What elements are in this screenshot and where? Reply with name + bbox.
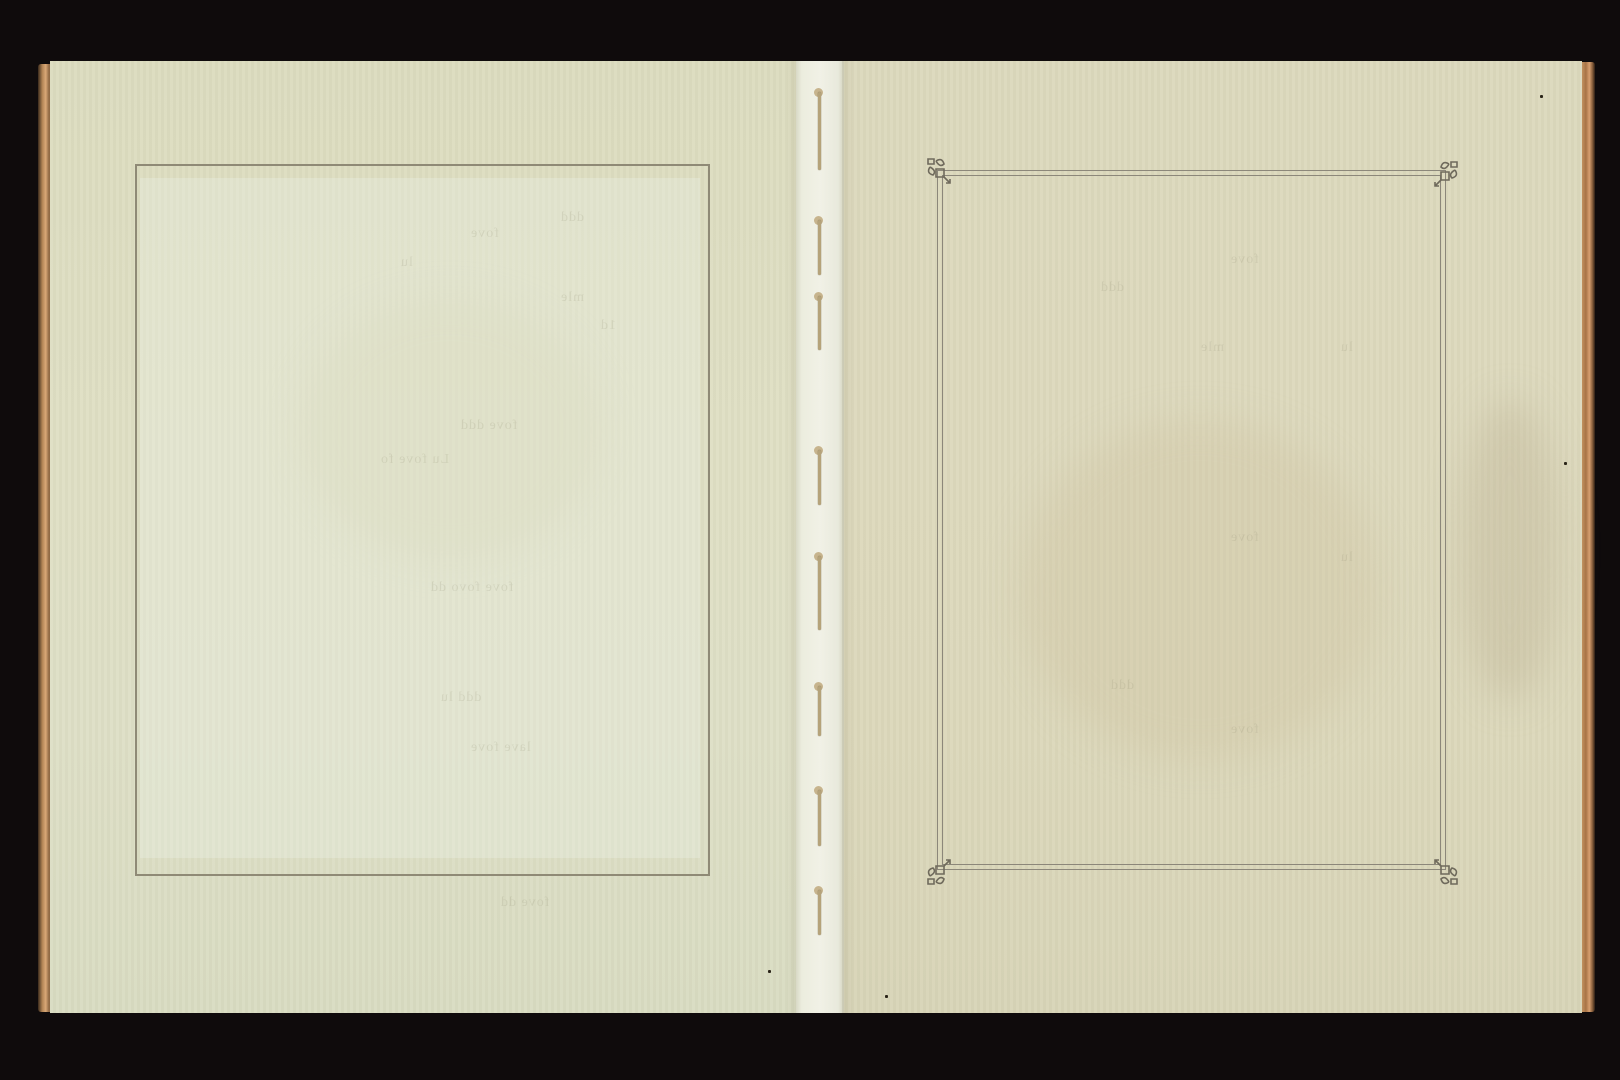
bleed-through-text: lu: [400, 255, 413, 271]
paper-speck: [768, 970, 771, 973]
right-page-frame-inner: [942, 175, 1441, 865]
left-page-frame: [135, 164, 710, 876]
bleed-through-text: 1d: [600, 318, 616, 334]
paper-speck: [1540, 95, 1543, 98]
stitch-thread: [818, 296, 821, 350]
bleed-through-text: ddd: [1100, 280, 1124, 296]
bleed-through-text: fove: [1230, 252, 1259, 268]
stitch-thread: [818, 450, 821, 505]
paper-stain: [1460, 400, 1560, 700]
bleed-through-text: mle: [1200, 340, 1224, 356]
bleed-through-text: fove: [1230, 530, 1259, 546]
bleed-through-text: lave fove: [470, 740, 531, 756]
fleur-corner-ornament-icon: [922, 155, 960, 193]
bleed-through-text: fove ddd: [460, 418, 517, 434]
stitch-thread: [818, 92, 821, 170]
bleed-through-text: fove fovo dd: [430, 580, 514, 596]
bleed-through-text: fove: [1230, 722, 1259, 738]
bleed-through-text: fove: [470, 226, 499, 242]
fleur-corner-ornament-icon: [1425, 158, 1463, 196]
stitch-thread: [818, 890, 821, 935]
fleur-corner-ornament-icon: [1425, 850, 1463, 888]
stitch-thread: [818, 220, 821, 275]
paper-speck: [1564, 462, 1567, 465]
bleed-through-text: Lu fove fo: [380, 452, 449, 468]
bleed-through-text: lu: [1340, 340, 1353, 356]
book-edge-right: [1581, 62, 1595, 1012]
fleur-corner-ornament-icon: [922, 850, 960, 888]
bleed-through-text: ddd: [560, 210, 584, 226]
bleed-through-text: ddd lu: [440, 690, 481, 706]
bleed-through-text: fove dd: [500, 895, 549, 911]
stitch-thread: [818, 686, 821, 736]
spine-tape: [796, 61, 844, 1013]
bleed-through-text: mle: [560, 290, 584, 306]
spine-shadow: [842, 61, 854, 1013]
bleed-through-text: lu: [1340, 550, 1353, 566]
stitch-thread: [818, 556, 821, 630]
paper-speck: [885, 995, 888, 998]
bleed-through-text: ddd: [1110, 678, 1134, 694]
stitch-thread: [818, 790, 821, 846]
